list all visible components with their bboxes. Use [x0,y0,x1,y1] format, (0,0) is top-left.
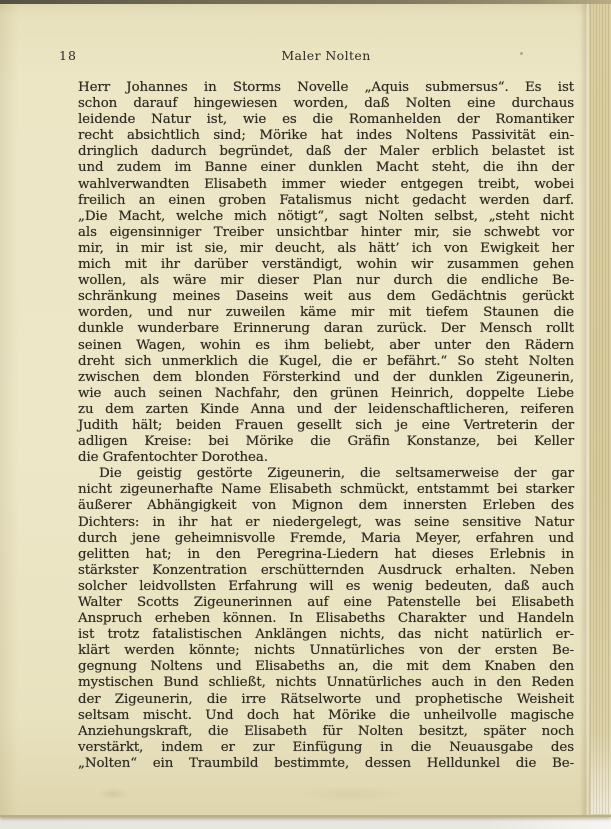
text-line: mich mit ihr darüber verständigt, wohin … [78,257,574,273]
text-line: dreht sich unmerklich die Kugel, die er … [78,354,574,370]
text-line: Herr Johannes in Storms Novelle „Aquis s… [78,80,574,96]
text-line: Anziehungskraft, die Elisabeth für Nolte… [78,724,574,740]
text-line: mystischen Bund schließt, nichts Unnatür… [78,675,574,691]
page-number: 18 [59,48,77,63]
text-line: adligen Kreise: bei Mörike die Gräfin Ko… [78,434,574,450]
text-line: dringlich dadurch begründet, daß der Mal… [78,144,574,160]
text-line: seltsam mischt. Und doch hat Mörike die … [78,708,574,724]
scan-smudge [96,788,130,800]
text-line: Die geistig gestörte Zigeunerin, die sel… [78,466,574,482]
text-line: Judith hält; beiden Frauen gesellt sich … [78,418,574,434]
text-line: verstärkt, indem er zur Einfügung in die… [78,740,574,756]
text-line: gegnung Noltens und Elisabeths an, die m… [78,659,574,675]
running-title: Maler Nolten [78,48,574,63]
scan-speck [520,52,523,55]
text-line: „Nolten“ ein Traumbild bestimmte, dessen… [78,756,574,772]
text-line: klärt werden könnte; nichts Unnatürliche… [78,643,574,659]
text-line: wie auch seinen Nachfahr, den grünen Hei… [78,386,574,402]
text-line: seinen Wagen, wohin es ihm beliebt, aber… [78,338,574,354]
scanner-bed-strip [0,815,611,829]
text-line: durch jene geheimnisvolle Fremde, Maria … [78,531,574,547]
text-line: Walter Scotts Zigeunerinnen auf eine Pat… [78,595,574,611]
text-line: freilich an einen groben Fatalismus nich… [78,193,574,209]
text-line: worden, und nur zuweilen käme mir mit ti… [78,305,574,321]
scan-top-edge [0,0,611,4]
text-line: wahlverwandten Elisabeth immer wieder en… [78,177,574,193]
page-fold-shadow [580,0,590,815]
text-line: ist trotz fatalistischen Anklängen nicht… [78,627,574,643]
text-line: dunkle wunderbare Erinnerung daran zurüc… [78,321,574,337]
scan-smudge [290,786,410,802]
text-line: leidende Natur ist, wie es die Romanheld… [78,112,574,128]
book-page-edges [590,2,611,814]
text-line: solcher leidvollsten Erfahrung will es w… [78,579,574,595]
text-line: wollen, als wäre mir dieser Plan nur dur… [78,273,574,289]
text-line: mir, in mir ist sie, mir deucht, als hät… [78,241,574,257]
text-line: äußerer Abhängigkeit von Mignon dem inne… [78,498,574,514]
text-line: nicht zigeunerhafte Name Elisabeth schmü… [78,482,574,498]
text-line: „Die Macht, welche mich nötigt“, sagt No… [78,209,574,225]
text-line: und zudem im Banne einer dunklen Macht s… [78,160,574,176]
book-page-scan: 18 Maler Nolten Herr Johannes in Storms … [0,0,611,817]
text-line: die Grafentochter Dorothea. [78,450,574,466]
text-line: Anspruch erheben können. In Elisabeths C… [78,611,574,627]
body-text: Herr Johannes in Storms Novelle „Aquis s… [78,80,574,772]
text-line: schränkung meines Daseins weit aus dem G… [78,289,574,305]
text-line: recht absichtlich sind; Mörike hat indes… [78,128,574,144]
text-line: Dichters: in ihr hat er niedergelegt, wa… [78,515,574,531]
text-line: zu dem zarten Kinde Anna und der leidens… [78,402,574,418]
text-line: zwischen dem blonden Försterkind und der… [78,370,574,386]
text-line: als eigensinniger Treiber unsichtbar hin… [78,225,574,241]
text-line: schon darauf hingewiesen worden, daß Nol… [78,96,574,112]
text-line: stärkster Konzentration erschütternden A… [78,563,574,579]
text-line: der Zigeunerin, die irre Rätselworte und… [78,692,574,708]
text-line: gelitten hat; in den Peregrina-Liedern h… [78,547,574,563]
